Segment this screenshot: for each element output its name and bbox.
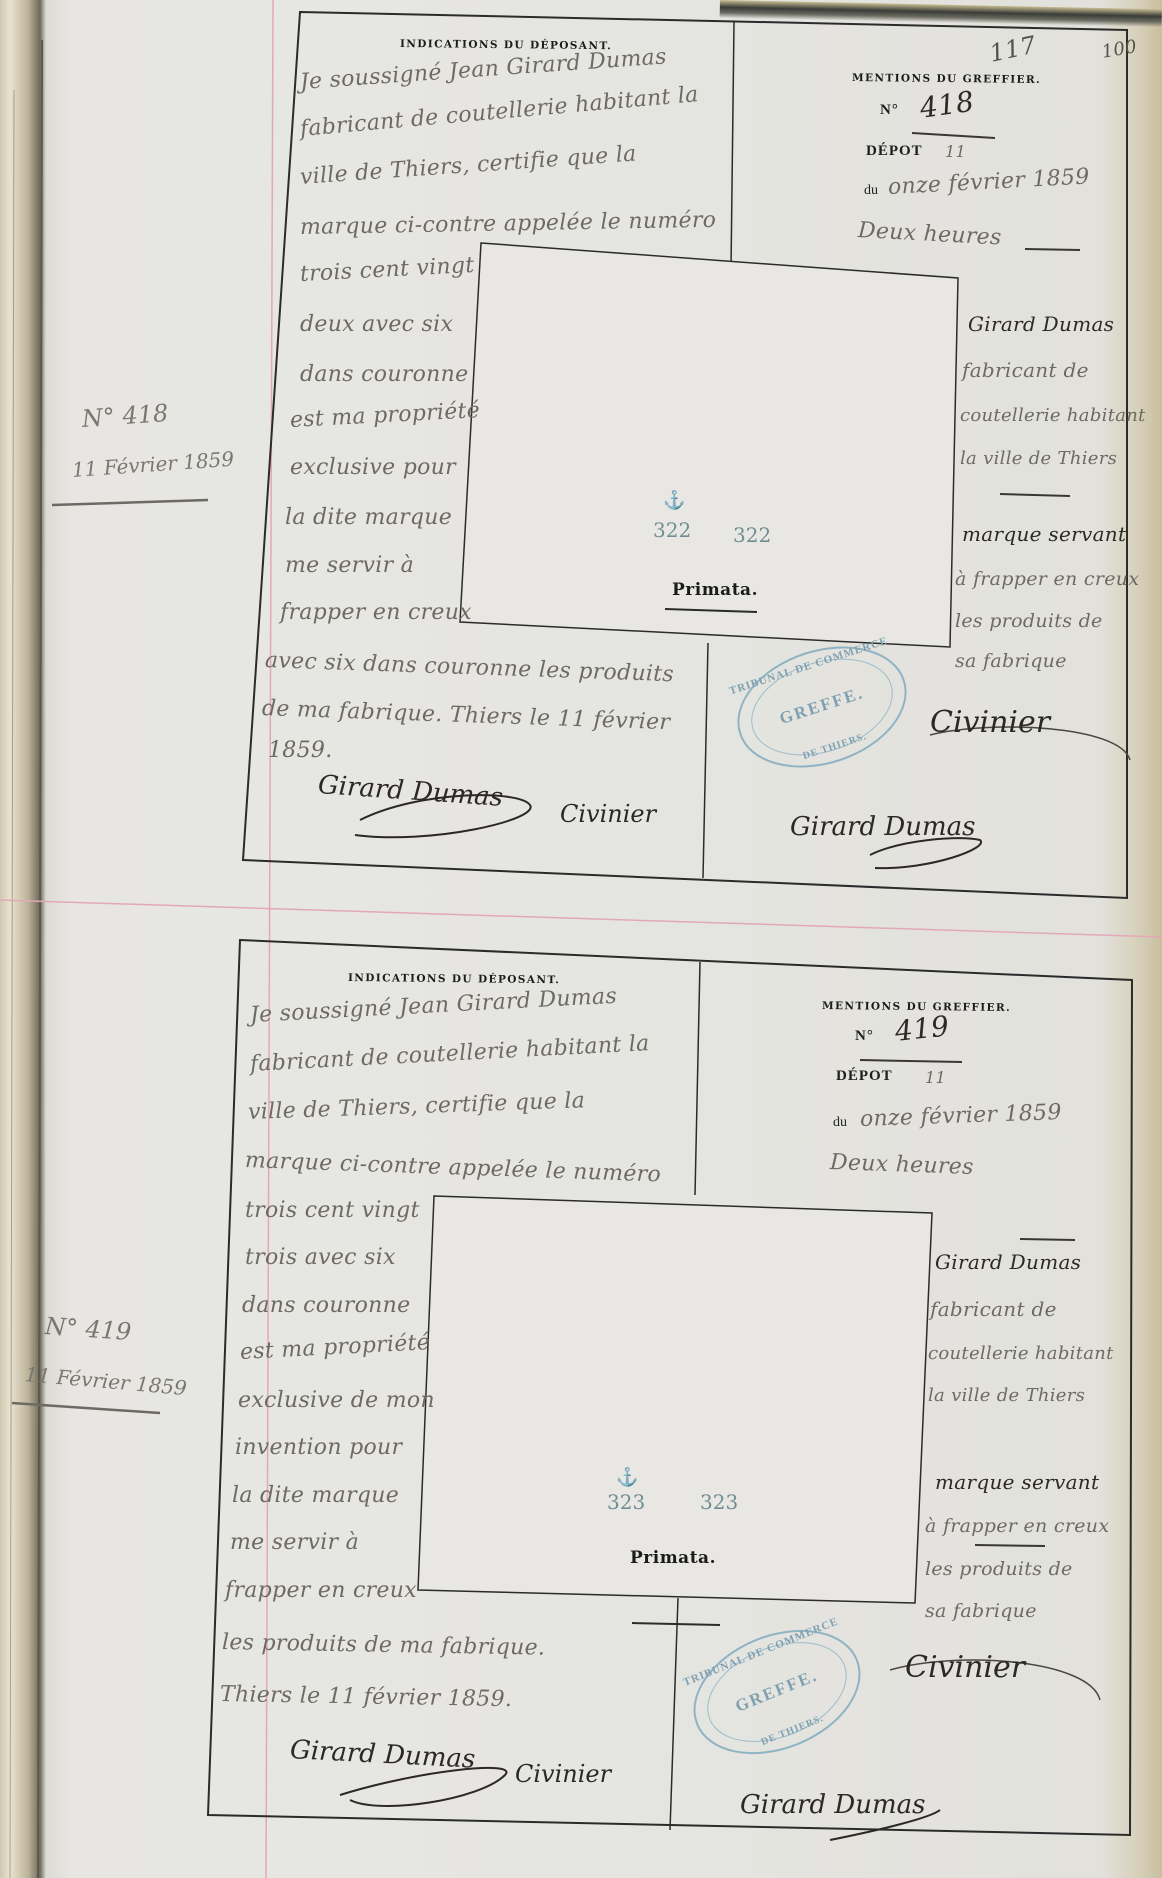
page-ruling-and-frames bbox=[0, 0, 1162, 1878]
clerk-signature-lower: Civinier bbox=[560, 800, 656, 828]
deposit-time: Deux heures bbox=[830, 1150, 975, 1180]
registrar-header: MENTIONS DU GREFFIER. bbox=[852, 72, 1041, 86]
date-label: du bbox=[864, 183, 878, 199]
mark-number-left: 322 bbox=[653, 518, 691, 542]
depositor-countersignature: Girard Dumas bbox=[790, 812, 975, 842]
margin-note-number: N° 419 bbox=[44, 1312, 132, 1346]
number-label: N° bbox=[880, 102, 899, 119]
mark-name: Primata. bbox=[672, 580, 758, 600]
mark-number-left: 323 bbox=[607, 1490, 645, 1514]
mark-number-right: 323 bbox=[700, 1490, 738, 1514]
anchor-icon: ⚓ bbox=[663, 490, 685, 511]
record-separator-rule bbox=[0, 900, 1162, 937]
deposit-ditto: 11 bbox=[945, 142, 966, 161]
deposit-label: DÉPOT bbox=[836, 1068, 893, 1085]
margin-note-number: N° 418 bbox=[81, 399, 169, 433]
depositor-header: INDICATIONS DU DÉPOSANT. bbox=[348, 972, 560, 986]
registration-number: 419 bbox=[893, 1009, 950, 1047]
number-label: N° bbox=[855, 1028, 874, 1045]
clerk-signature: Civinier bbox=[930, 705, 1050, 740]
deposit-ditto: 11 bbox=[925, 1068, 946, 1087]
date-label: du bbox=[833, 1115, 847, 1131]
clerk-signature: Civinier bbox=[905, 1650, 1025, 1685]
record-2-mark-box bbox=[418, 1196, 932, 1603]
registrar-depositor-name: Girard Dumas bbox=[968, 312, 1114, 336]
depositor-countersignature: Girard Dumas bbox=[740, 1790, 925, 1820]
mark-number-right: 322 bbox=[733, 523, 771, 547]
binding-edge bbox=[38, 40, 42, 1878]
registrar-depositor-name: Girard Dumas bbox=[935, 1250, 1081, 1274]
mark-name: Primata. bbox=[630, 1548, 716, 1568]
register-page: 117 100 N° 418 11 Février 1859 INDICATIO… bbox=[0, 0, 1162, 1878]
clerk-signature-lower: Civinier bbox=[515, 1760, 611, 1788]
deposit-label: DÉPOT bbox=[866, 143, 923, 160]
anchor-icon: ⚓ bbox=[616, 1467, 638, 1488]
